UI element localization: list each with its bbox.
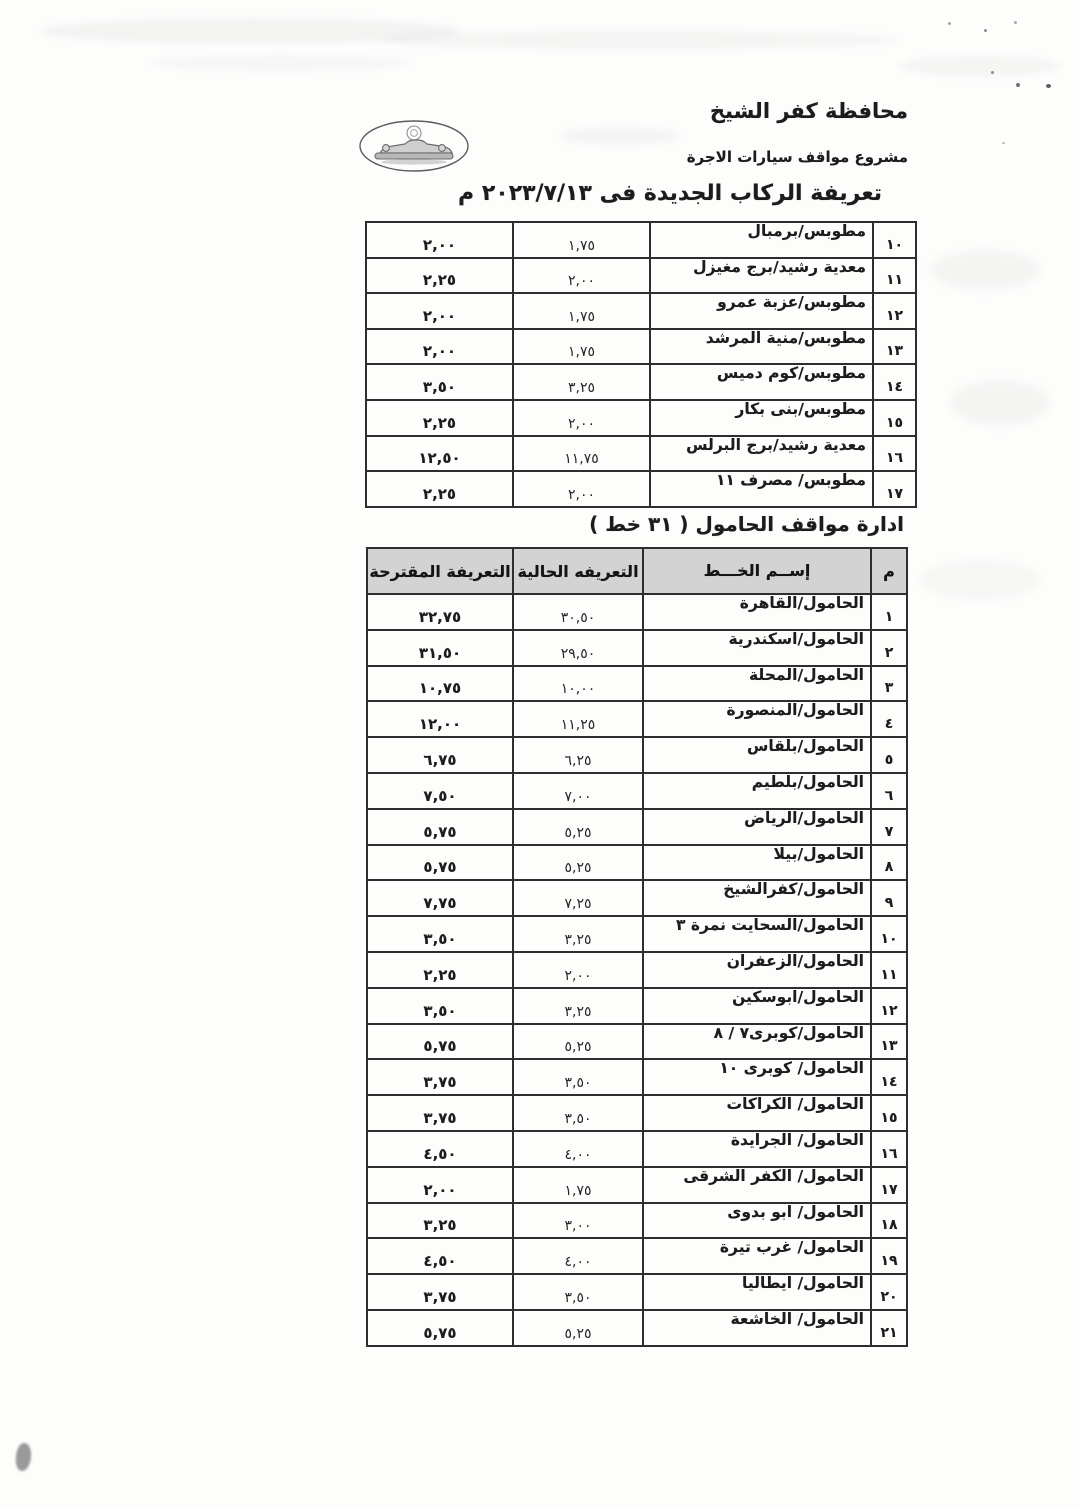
table-row: ١٠ الحامول/السحايت نمرة ٣ ٣,٢٥ ٣,٥٠ xyxy=(368,917,906,953)
current-tariff-cell: ٣,٢٥ xyxy=(512,917,642,951)
row-number-cell: ١ xyxy=(870,595,906,629)
proposed-tariff-cell: ٢,٢٥ xyxy=(368,953,512,987)
scan-smudge xyxy=(950,380,1050,426)
row-number-cell: ٩ xyxy=(870,881,906,915)
row-number-cell: ٨ xyxy=(870,846,906,880)
row-number-cell: ٢٠ xyxy=(870,1275,906,1309)
current-tariff-cell: ٢,٠٠ xyxy=(512,259,649,293)
line-name-cell: الحامول/بلطيم xyxy=(642,774,870,808)
scanned-document-page: محافظة كفر الشيخ مشروع مواقف سيارات الاج… xyxy=(0,0,1080,1508)
proposed-tariff-cell: ٣,٥٠ xyxy=(368,989,512,1023)
line-name-cell: الحامول/القاهرة xyxy=(642,595,870,629)
scan-dot xyxy=(1014,21,1017,24)
scan-noise xyxy=(150,55,410,71)
scan-noise xyxy=(380,30,900,50)
row-number-cell: ١٤ xyxy=(872,365,915,399)
proposed-tariff-cell: ٣,٥٠ xyxy=(367,365,512,399)
project-subtitle: مشروع مواقف سيارات الاجرة xyxy=(687,148,908,166)
proposed-tariff-cell: ٧,٥٠ xyxy=(368,774,512,808)
line-name-cell: الحامول/ابوسكين xyxy=(642,989,870,1023)
table-row: ٢ الحامول/اسكندرية ٢٩,٥٠ ٣١,٥٠ xyxy=(368,631,906,667)
table-row: ١ الحامول/القاهرة ٣٠,٥٠ ٣٢,٧٥ xyxy=(368,595,906,631)
row-number-cell: ١٨ xyxy=(870,1204,906,1238)
proposed-tariff-cell: ٣١,٥٠ xyxy=(368,631,512,665)
scan-dot xyxy=(984,29,987,32)
row-number-cell: ١٥ xyxy=(872,401,915,435)
proposed-tariff-cell: ٢,٠٠ xyxy=(367,294,512,328)
current-tariff-cell: ٥,٢٥ xyxy=(512,810,642,844)
row-number-cell: ١٤ xyxy=(870,1060,906,1094)
row-number-cell: ١٢ xyxy=(870,989,906,1023)
proposed-tariff-cell: ٢,٢٥ xyxy=(367,472,512,506)
proposed-tariff-cell: ١٢,٠٠ xyxy=(368,702,512,736)
line-name-cell: الحامول/ الكراكات xyxy=(642,1096,870,1130)
scan-dot xyxy=(948,22,951,25)
table-header-row: م إســم الخـــط التعريفه الحالية التعريف… xyxy=(368,549,906,595)
line-name-cell: مطوبس/بنى بكار xyxy=(649,401,872,435)
current-tariff-cell: ٢,٠٠ xyxy=(512,401,649,435)
row-number-cell: ١١ xyxy=(870,953,906,987)
row-number-cell: ١٧ xyxy=(870,1168,906,1202)
governorate-title: محافظة كفر الشيخ xyxy=(710,99,908,123)
scan-dot xyxy=(1016,83,1020,87)
line-name-cell: مطوبس/ مصرف ١١ xyxy=(649,472,872,506)
current-tariff-cell: ٢٩,٥٠ xyxy=(512,631,642,665)
proposed-tariff-cell: ١٠,٧٥ xyxy=(368,667,512,701)
proposed-tariff-cell: ٧,٧٥ xyxy=(368,881,512,915)
row-number-cell: ١٣ xyxy=(872,330,915,364)
table-row: ١١ الحامول/الزعفران ٢,٠٠ ٢,٢٥ xyxy=(368,953,906,989)
proposed-tariff-cell: ٦,٧٥ xyxy=(368,738,512,772)
line-name-cell: الحامول/ ايطاليا xyxy=(642,1275,870,1309)
line-name-cell: مطوبس/برمبال xyxy=(649,223,872,257)
current-tariff-cell: ٢,٠٠ xyxy=(512,472,649,506)
hamoul-section-title: ادارة مواقف الحامول ( ٣١ خط ) xyxy=(589,512,904,536)
line-name-cell: الحامول/كفرالشيخ xyxy=(642,881,870,915)
line-name-cell: مطوبس/عزبة عمرو xyxy=(649,294,872,328)
line-name-cell: الحامول/ كوبرى ١٠ xyxy=(642,1060,870,1094)
proposed-tariff-cell: ١٢,٥٠ xyxy=(367,437,512,471)
row-number-cell: ٢١ xyxy=(870,1311,906,1345)
proposed-tariff-cell: ٢,٢٥ xyxy=(367,401,512,435)
current-tariff-cell: ٥,٢٥ xyxy=(512,1311,642,1345)
line-name-cell: الحامول/كوبرى٧ / ٨ xyxy=(642,1025,870,1059)
table-row: ١٧ الحامول/ الكفر الشرقى ١,٧٥ ٢,٠٠ xyxy=(368,1168,906,1204)
proposed-tariff-cell: ٤,٥٠ xyxy=(368,1132,512,1166)
line-name-cell: الحامول/الرياض xyxy=(642,810,870,844)
current-tariff-cell: ٣,٥٠ xyxy=(512,1096,642,1130)
row-number-cell: ١٠ xyxy=(872,223,915,257)
proposed-tariff-cell: ٢,٠٠ xyxy=(367,223,512,257)
table-row: ٢٠ الحامول/ ايطاليا ٣,٥٠ ٣,٧٥ xyxy=(368,1275,906,1311)
scan-smudge xyxy=(920,560,1040,600)
passenger-tariff-table: ١٠ مطوبس/برمبال ١,٧٥ ٢,٠٠ ١١ معدية رشيد/… xyxy=(365,221,917,508)
table-row: ١٩ الحامول/ غرب تيرة ٤,٠٠ ٤,٥٠ xyxy=(368,1239,906,1275)
line-name-cell: الحامول/المنصورة xyxy=(642,702,870,736)
table-row: ١٥ الحامول/ الكراكات ٣,٥٠ ٣,٧٥ xyxy=(368,1096,906,1132)
row-number-cell: ١٠ xyxy=(870,917,906,951)
current-tariff-cell: ١,٧٥ xyxy=(512,294,649,328)
line-name-cell: الحامول/ الخاشعة xyxy=(642,1311,870,1345)
header-row-number: م xyxy=(870,549,906,593)
proposed-tariff-cell: ٣,٧٥ xyxy=(368,1275,512,1309)
table-row: ١٨ الحامول/ ابو بدوى ٣,٠٠ ٣,٢٥ xyxy=(368,1204,906,1240)
row-number-cell: ١١ xyxy=(872,259,915,293)
proposed-tariff-cell: ٣,٧٥ xyxy=(368,1096,512,1130)
scan-smudge xyxy=(930,250,1040,290)
row-number-cell: ١٥ xyxy=(870,1096,906,1130)
line-name-cell: الحامول/بيلا xyxy=(642,846,870,880)
row-number-cell: ١٧ xyxy=(872,472,915,506)
proposed-tariff-cell: ٣٢,٧٥ xyxy=(368,595,512,629)
current-tariff-cell: ٣,٥٠ xyxy=(512,1275,642,1309)
proposed-tariff-cell: ٢,٢٥ xyxy=(367,259,512,293)
table-row: ٧ الحامول/الرياض ٥,٢٥ ٥,٧٥ xyxy=(368,810,906,846)
current-tariff-cell: ٣,٥٠ xyxy=(512,1060,642,1094)
table-row: ١٦ معدية رشيد/برج البرلس ١١,٧٥ ١٢,٥٠ xyxy=(367,437,915,473)
table-row: ١٤ الحامول/ كوبرى ١٠ ٣,٥٠ ٣,٧٥ xyxy=(368,1060,906,1096)
current-tariff-cell: ٧,٢٥ xyxy=(512,881,642,915)
row-number-cell: ٤ xyxy=(870,702,906,736)
table-row: ١٧ مطوبس/ مصرف ١١ ٢,٠٠ ٢,٢٥ xyxy=(367,472,915,506)
current-tariff-cell: ١,٧٥ xyxy=(512,1168,642,1202)
line-name-cell: الحامول/اسكندرية xyxy=(642,631,870,665)
current-tariff-cell: ١١,٢٥ xyxy=(512,702,642,736)
table-row: ١١ معدية رشيد/برج مغيزل ٢,٠٠ ٢,٢٥ xyxy=(367,259,915,295)
row-number-cell: ١٩ xyxy=(870,1239,906,1273)
hamoul-tariff-table: م إســم الخـــط التعريفه الحالية التعريف… xyxy=(366,547,908,1347)
line-name-cell: الحامول/ الجرايدة xyxy=(642,1132,870,1166)
current-tariff-cell: ٥,٢٥ xyxy=(512,1025,642,1059)
table-row: ٨ الحامول/بيلا ٥,٢٥ ٥,٧٥ xyxy=(368,846,906,882)
table-row: ١٥ مطوبس/بنى بكار ٢,٠٠ ٢,٢٥ xyxy=(367,401,915,437)
line-name-cell: الحامول/الزعفران xyxy=(642,953,870,987)
line-name-cell: مطوبس/كوم دميس xyxy=(649,365,872,399)
tariff-title: تعريفة الركاب الجديدة فى ٢٠٢٣/٧/١٣ م xyxy=(458,181,882,206)
line-name-cell: الحامول/بلقاس xyxy=(642,738,870,772)
table-row: ١٣ مطوبس/منية المرشد ١,٧٥ ٢,٠٠ xyxy=(367,330,915,366)
current-tariff-cell: ٣,٢٥ xyxy=(512,365,649,399)
current-tariff-cell: ٥,٢٥ xyxy=(512,846,642,880)
proposed-tariff-cell: ٣,٥٠ xyxy=(368,917,512,951)
header-current-tariff: التعريفه الحالية xyxy=(512,549,642,593)
row-number-cell: ٦ xyxy=(870,774,906,808)
row-number-cell: ٣ xyxy=(870,667,906,701)
line-name-cell: معدية رشيد/برج مغيزل xyxy=(649,259,872,293)
row-number-cell: ٧ xyxy=(870,810,906,844)
table-row: ١٦ الحامول/ الجرايدة ٤,٠٠ ٤,٥٠ xyxy=(368,1132,906,1168)
scan-ink-blob xyxy=(14,1442,33,1472)
line-name-cell: مطوبس/منية المرشد xyxy=(649,330,872,364)
line-name-cell: الحامول/ الكفر الشرقى xyxy=(642,1168,870,1202)
table-row: ١٤ مطوبس/كوم دميس ٣,٢٥ ٣,٥٠ xyxy=(367,365,915,401)
row-number-cell: ١٦ xyxy=(872,437,915,471)
current-tariff-cell: ١,٧٥ xyxy=(512,330,649,364)
proposed-tariff-cell: ٥,٧٥ xyxy=(368,1311,512,1345)
line-name-cell: الحامول/المحلة xyxy=(642,667,870,701)
taxi-logo-icon xyxy=(356,117,472,175)
line-name-cell: الحامول/السحايت نمرة ٣ xyxy=(642,917,870,951)
scan-smudge xyxy=(560,128,680,144)
current-tariff-cell: ١٠,٠٠ xyxy=(512,667,642,701)
current-tariff-cell: ٧,٠٠ xyxy=(512,774,642,808)
line-name-cell: معدية رشيد/برج البرلس xyxy=(649,437,872,471)
proposed-tariff-cell: ٢,٠٠ xyxy=(368,1168,512,1202)
line-name-cell: الحامول/ غرب تيرة xyxy=(642,1239,870,1273)
proposed-tariff-cell: ٥,٧٥ xyxy=(368,1025,512,1059)
table-row: ٦ الحامول/بلطيم ٧,٠٠ ٧,٥٠ xyxy=(368,774,906,810)
current-tariff-cell: ٦,٢٥ xyxy=(512,738,642,772)
scan-dot xyxy=(991,71,994,74)
current-tariff-cell: ٣,٠٠ xyxy=(512,1204,642,1238)
proposed-tariff-cell: ٥,٧٥ xyxy=(368,846,512,880)
row-number-cell: ٢ xyxy=(870,631,906,665)
table-row: ١٢ الحامول/ابوسكين ٣,٢٥ ٣,٥٠ xyxy=(368,989,906,1025)
row-number-cell: ٥ xyxy=(870,738,906,772)
table-row: ١٠ مطوبس/برمبال ١,٧٥ ٢,٠٠ xyxy=(367,223,915,259)
proposed-tariff-cell: ٣,٧٥ xyxy=(368,1060,512,1094)
current-tariff-cell: ٣,٢٥ xyxy=(512,989,642,1023)
current-tariff-cell: ٣٠,٥٠ xyxy=(512,595,642,629)
proposed-tariff-cell: ٢,٠٠ xyxy=(367,330,512,364)
current-tariff-cell: ١١,٧٥ xyxy=(512,437,649,471)
scan-dot xyxy=(1002,142,1005,144)
proposed-tariff-cell: ٣,٢٥ xyxy=(368,1204,512,1238)
current-tariff-cell: ٢,٠٠ xyxy=(512,953,642,987)
row-number-cell: ١٢ xyxy=(872,294,915,328)
row-number-cell: ١٦ xyxy=(870,1132,906,1166)
scan-noise xyxy=(900,55,1060,77)
table-row: ٢١ الحامول/ الخاشعة ٥,٢٥ ٥,٧٥ xyxy=(368,1311,906,1345)
header-line-name: إســم الخـــط xyxy=(642,549,870,593)
row-number-cell: ١٣ xyxy=(870,1025,906,1059)
current-tariff-cell: ٤,٠٠ xyxy=(512,1239,642,1273)
current-tariff-cell: ٤,٠٠ xyxy=(512,1132,642,1166)
table-row: ١٢ مطوبس/عزبة عمرو ١,٧٥ ٢,٠٠ xyxy=(367,294,915,330)
header-proposed-tariff: التعريفة المقترحة xyxy=(368,549,512,593)
line-name-cell: الحامول/ ابو بدوى xyxy=(642,1204,870,1238)
current-tariff-cell: ١,٧٥ xyxy=(512,223,649,257)
table-row: ٥ الحامول/بلقاس ٦,٢٥ ٦,٧٥ xyxy=(368,738,906,774)
table-row: ٩ الحامول/كفرالشيخ ٧,٢٥ ٧,٧٥ xyxy=(368,881,906,917)
table-row: ٤ الحامول/المنصورة ١١,٢٥ ١٢,٠٠ xyxy=(368,702,906,738)
scan-dot xyxy=(1046,84,1051,88)
proposed-tariff-cell: ٥,٧٥ xyxy=(368,810,512,844)
proposed-tariff-cell: ٤,٥٠ xyxy=(368,1239,512,1273)
table-row: ٣ الحامول/المحلة ١٠,٠٠ ١٠,٧٥ xyxy=(368,667,906,703)
table-row: ١٣ الحامول/كوبرى٧ / ٨ ٥,٢٥ ٥,٧٥ xyxy=(368,1025,906,1061)
